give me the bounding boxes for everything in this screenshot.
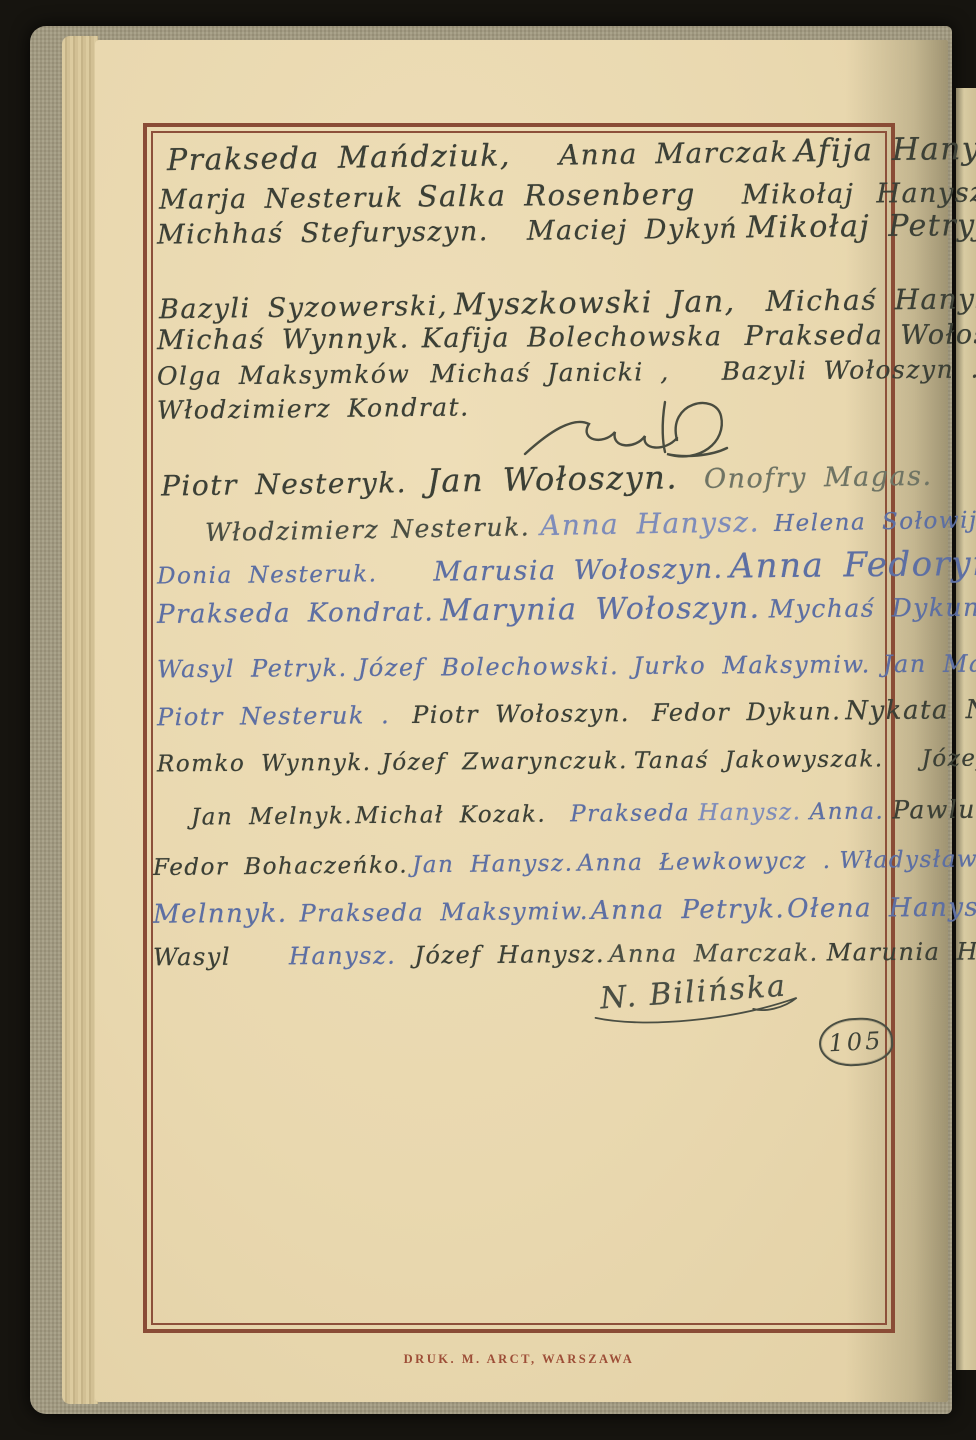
- signature: Michaś Wynnyk.: [157, 323, 410, 356]
- signature: Władysław Zakrzewski .: [839, 844, 976, 873]
- signature: Helena Sołowij,: [774, 507, 976, 537]
- signature: Afija Hanysz.: [794, 130, 976, 169]
- signature: Onofry Magas.: [704, 461, 933, 495]
- signature: Anna Hanysz.: [540, 505, 760, 542]
- signature: Marja Nesteruk: [159, 183, 404, 216]
- signature: Anna.: [809, 799, 884, 826]
- signature: Bazyli Syzowerski,: [159, 291, 448, 326]
- signature: Bazyli Wołoszyn .: [722, 354, 976, 385]
- signature: Józef Zwarynczuk.: [381, 748, 628, 776]
- signature: Romko Wynnyk.: [157, 750, 372, 777]
- signature: Piotr Wołoszyn.: [412, 699, 630, 729]
- signature: Anna Petryk.: [591, 894, 786, 926]
- signature-row: Prakseda Kondrat.Marynia Wołoszyn.Mychaś…: [157, 588, 976, 631]
- signature: Jurko Maksymiw.: [633, 650, 871, 680]
- opposite-page-sliver: [956, 88, 976, 1370]
- signature-row: Wasyl Petryk.Józef Bolechowski.Jurko Mak…: [157, 649, 976, 684]
- signature: Prakseda Mańdziuk,: [167, 138, 511, 178]
- signature: Włodzimierz Kondrat.: [157, 392, 470, 424]
- signature: Prakseda: [570, 800, 690, 827]
- signature: Mikołaj: [742, 179, 855, 211]
- signature: Józef Hanysz.: [414, 940, 605, 969]
- signature: Michaś Janicki ,: [430, 357, 670, 388]
- signature: Donia Nesteruk.: [157, 561, 378, 589]
- signature: Olga Maksymków: [157, 359, 411, 390]
- signature: Salka Rosenberg: [418, 177, 696, 213]
- signature-row: Włodzimierz Kondrat.: [157, 392, 486, 424]
- signature: Prakseda Maksymiw.: [299, 897, 589, 928]
- signature: Józef Bolechowski.: [358, 652, 620, 682]
- signature: Anna Marczak.: [609, 939, 819, 968]
- signature: Melnnyk.: [153, 899, 288, 930]
- signature: Jan Maksymiw.: [883, 649, 976, 678]
- signature: Prakseda Wołoszyn: [744, 319, 976, 352]
- signature: Maciej Dykyń: [527, 214, 739, 247]
- scanned-page: N. Bilińska 105 DRUK. M. ARCT, WARSZAWA …: [95, 40, 948, 1402]
- signature: Michaś Hanysz: [765, 282, 976, 318]
- printer-imprint: DRUK. M. ARCT, WARSZAWA: [143, 1352, 895, 1367]
- signature: Marunia Hanysz.: [827, 937, 976, 967]
- signature: Jan Melnyk.: [191, 803, 353, 830]
- signature: Marusia Wołoszyn.: [433, 554, 724, 588]
- signature-row: Donia Nesteruk.Marusia Wołoszyn.Anna Fed…: [157, 543, 976, 592]
- signature: Marynia Wołoszyn.: [440, 591, 761, 629]
- signature: Fedor Dykun.: [652, 697, 842, 727]
- signature: Prakseda Kondrat.: [157, 597, 434, 629]
- signature: Ołena Hanysz.: [787, 892, 976, 924]
- signature: Włodzimierz: [205, 515, 380, 547]
- signature-row: Michaś Wynnyk.Kafija BolechowskaPrakseda…: [157, 319, 976, 356]
- page-number: 105: [828, 1027, 884, 1058]
- signature: Jan Wołoszyn.: [427, 458, 678, 500]
- book-scan: { "palette": { "dark": "#3c4036", "dark2…: [0, 0, 976, 1440]
- signature: Michhaś Stefuryszyn.: [157, 216, 489, 250]
- signature: Józef Nesteruk: [922, 745, 976, 772]
- signature: Hanysz.: [289, 942, 397, 971]
- page-edges: [62, 36, 98, 1404]
- signature: Anna Marczak: [559, 135, 789, 171]
- signature: Nykata Nesteruk.: [845, 694, 976, 726]
- signature: Wasyl: [153, 943, 231, 972]
- signature: Myszkowski Jan,: [454, 284, 736, 322]
- signature: Fedor Bohaczeńko.: [153, 852, 408, 881]
- signature: Hanysz: [876, 177, 976, 209]
- signature: Kafija Bolechowska: [422, 321, 723, 354]
- signature: Piotr Nesteryk.: [161, 466, 407, 502]
- signature: Nesteruk.: [391, 512, 530, 543]
- signature: Jan Hanysz.: [412, 851, 574, 879]
- signature: Hanysz.: [698, 799, 802, 826]
- signature: Anna Łewkowycz .: [577, 848, 831, 877]
- signature: Mikołaj Petryjk.: [746, 208, 976, 246]
- signature-row: WasylHanysz.Józef Hanysz.Anna Marczak.Ma…: [153, 937, 976, 971]
- signature: Tanaś Jakowyszak.: [634, 746, 884, 774]
- signature: Pawluk.: [892, 795, 976, 825]
- signature: Michał Kozak.: [355, 802, 546, 830]
- signature: Wasyl Petryk.: [157, 654, 348, 683]
- signature: Piotr Nesteruk .: [157, 701, 390, 731]
- signature: Mychaś Dykun. ~: [769, 592, 976, 623]
- signature: Anna Fedoryn.: [729, 544, 976, 587]
